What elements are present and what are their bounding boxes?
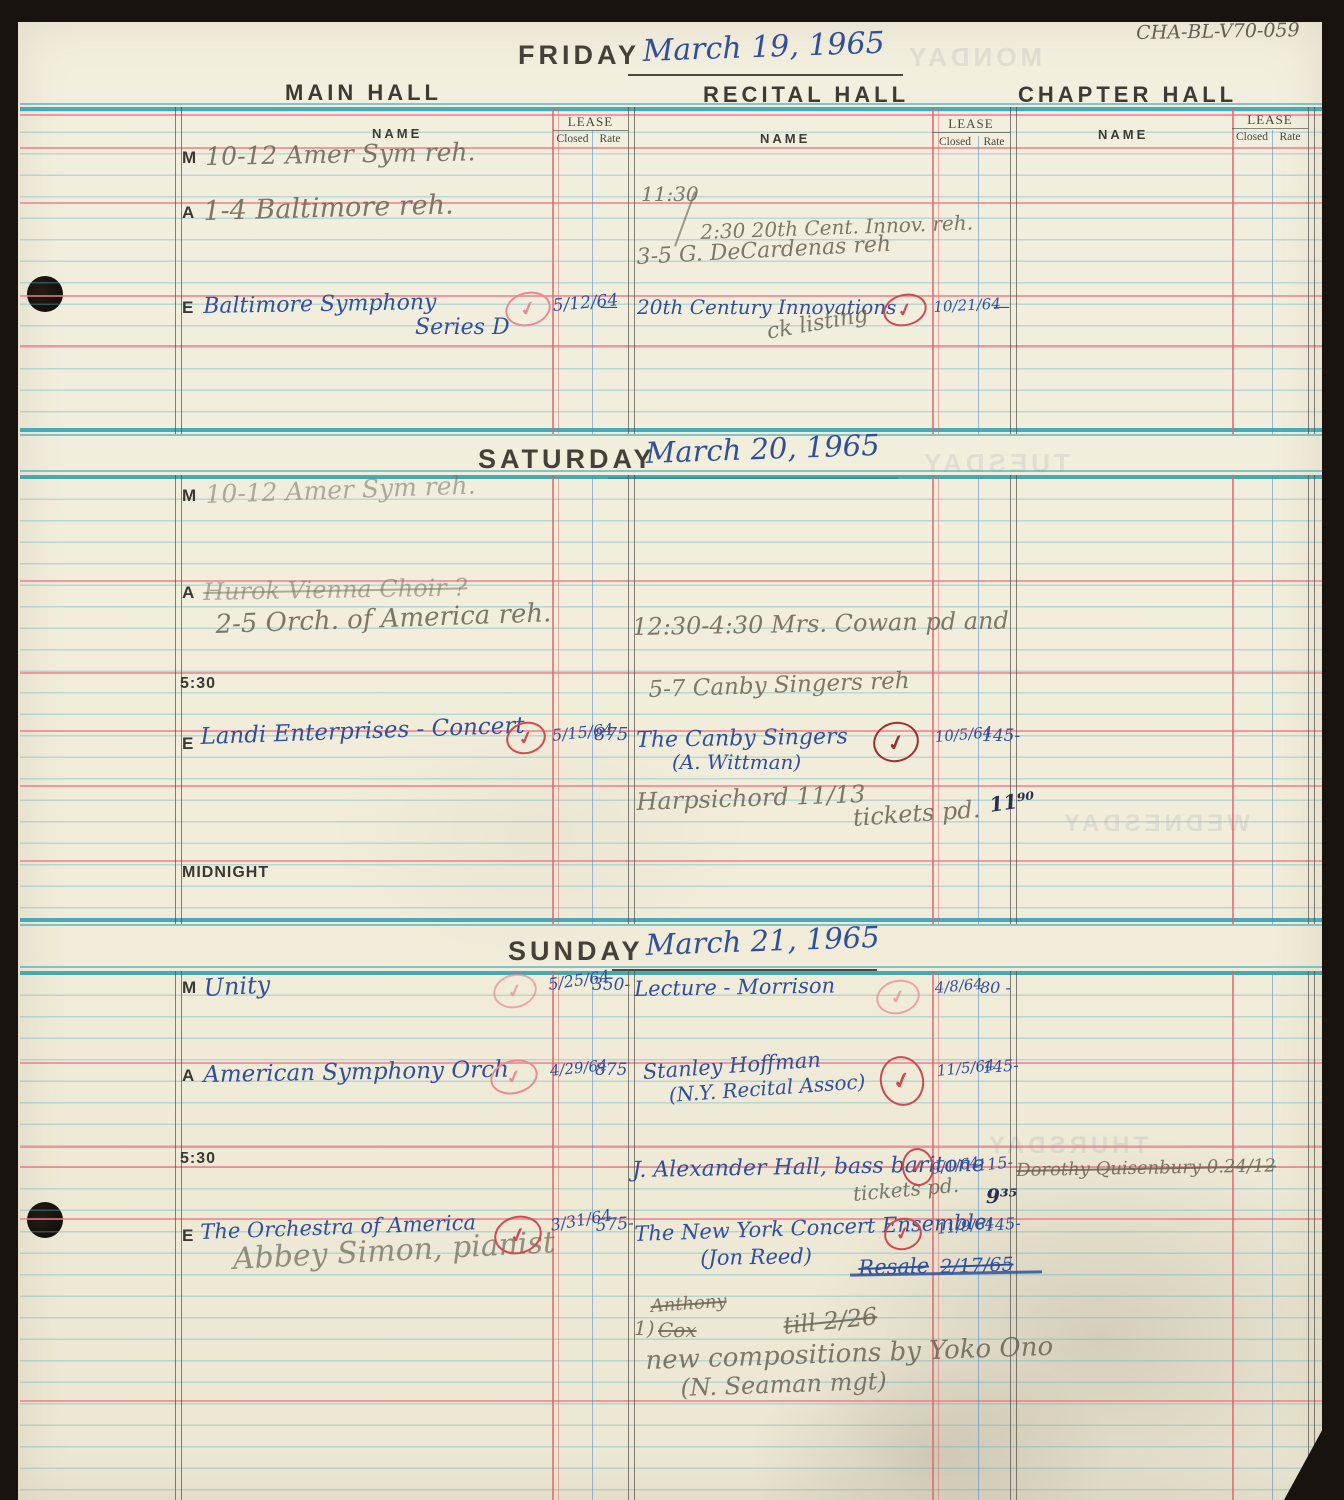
rule-line — [20, 107, 1322, 111]
rule-line — [20, 428, 1322, 432]
column-line — [978, 136, 979, 434]
saturday-row-530-label: 5:30 — [180, 675, 216, 693]
sunday-main-m-entry: Unity — [203, 971, 271, 1002]
sunday-recital-530-amount: 9³⁵ — [986, 1184, 1017, 1208]
column-line — [1010, 107, 1017, 434]
friday-main-e-rate: — — [600, 296, 618, 317]
column-line — [558, 971, 559, 1500]
sunday-row-m-label: M — [182, 978, 196, 998]
column-line — [552, 107, 554, 434]
recital-rate-header: Rate — [978, 136, 1010, 148]
rule-line — [20, 114, 1322, 116]
friday-main-e-name: Baltimore Symphony — [203, 290, 437, 319]
ledger-scan: { "catalog": "CHA-BL-V70-059", "icons": … — [0, 0, 1344, 1500]
column-line — [558, 475, 559, 924]
rule-line — [20, 966, 1322, 968]
sunday-main-a-rate: 875 — [595, 1060, 627, 1080]
column-line — [175, 971, 182, 1500]
rule-line — [20, 103, 1322, 105]
column-line — [932, 475, 934, 924]
friday-row-e-label: E — [182, 298, 193, 318]
sunday-main-m-rate: 350- — [592, 975, 630, 995]
column-line — [1232, 475, 1234, 924]
sunday-note-number: 1) — [634, 1316, 655, 1340]
friday-main-a-entry: 1-4 Baltimore reh. — [203, 189, 454, 227]
sunday-row-e-label: E — [182, 1226, 193, 1246]
sunday-recital-m-rate: 80 - — [980, 978, 1011, 997]
column-line — [1010, 971, 1017, 1500]
main-closed-header: Closed — [553, 133, 592, 145]
column-line — [978, 475, 979, 924]
chapter-name-header: NAME — [1098, 127, 1148, 142]
rule-line — [20, 1400, 1322, 1402]
column-line — [1232, 107, 1234, 434]
sunday-recital-a-rate: 145- — [982, 1055, 1019, 1076]
catalog-number: CHA-BL-V70-059 — [1136, 19, 1300, 44]
sunday-row-a-label: A — [182, 1066, 194, 1086]
column-line — [628, 107, 635, 434]
column-line — [552, 475, 554, 924]
column-line — [558, 107, 559, 434]
column-line — [592, 475, 593, 924]
rule-line — [20, 672, 1322, 674]
column-line — [1308, 475, 1315, 924]
rule-line — [20, 924, 1322, 926]
lease-underline — [553, 130, 628, 131]
rule-line — [20, 1146, 1322, 1148]
saturday-row-a-label: A — [182, 583, 194, 603]
lease-underline — [1232, 128, 1308, 129]
recital-lease-header: LEASE — [932, 116, 1010, 132]
column-line — [175, 107, 182, 434]
rule-line — [20, 345, 1322, 347]
saturday-main-a-struck-entry: Hurok Vienna Choir ? — [203, 573, 467, 606]
friday-recital-e-closed: 10/21/64 — [933, 294, 1001, 316]
friday-row-a-label: A — [182, 203, 194, 223]
column-line — [938, 107, 939, 434]
saturday-row-midnight-label: MIDNIGHT — [182, 864, 269, 882]
rule-line — [20, 860, 1322, 862]
saturday-recital-e-name: The Canby Singers — [636, 724, 848, 753]
saturday-recital-e-name2: (A. Wittman) — [672, 750, 801, 774]
friday-row-m-label: M — [182, 148, 196, 168]
saturday-row-e-label: E — [182, 734, 193, 754]
sunday-recital-530-rate: 115- — [976, 1152, 1014, 1175]
column-line — [592, 971, 593, 1500]
main-lease-header: LEASE — [553, 114, 628, 130]
sunday-note-cox: Cox — [658, 1318, 697, 1342]
sunday-main-a-entry: American Symphony Orch — [203, 1057, 509, 1088]
column-line — [938, 475, 939, 924]
column-line — [175, 475, 182, 924]
sunday-row-530-label: 5:30 — [180, 1150, 216, 1168]
column-line — [592, 130, 593, 434]
rule-line — [20, 918, 1322, 922]
chapter-lease-header: LEASE — [1232, 112, 1308, 128]
friday-main-e-series: Series D — [415, 315, 510, 340]
sunday-recital-e-rate: 145- — [984, 1213, 1021, 1234]
sunday-recital-e-resale: Resale — [858, 1254, 929, 1280]
column-line — [1308, 107, 1315, 434]
column-line — [1272, 130, 1273, 434]
recital-closed-header: Closed — [932, 136, 978, 148]
column-line — [628, 475, 635, 924]
sunday-recital-m-entry: Lecture - Morrison — [634, 973, 835, 1001]
ghost-monday: MONDAY — [905, 42, 1042, 73]
recital-name-header: NAME — [760, 131, 810, 146]
saturday-main-e-rate: 875 — [594, 724, 628, 745]
friday-main-m-entry: 10-12 Amer Sym reh. — [205, 137, 476, 171]
column-line — [1272, 971, 1273, 1500]
saturday-row-m-label: M — [182, 486, 196, 506]
column-line — [978, 971, 979, 1500]
lease-underline — [932, 132, 1010, 133]
rule-line — [20, 475, 1322, 479]
friday-day-title: FRIDAY — [518, 40, 640, 71]
column-line — [1010, 475, 1017, 924]
column-line — [1272, 475, 1273, 924]
friday-date-underline — [628, 74, 903, 76]
chapter-rate-header: Rate — [1272, 131, 1308, 143]
rule-line — [20, 470, 1322, 472]
saturday-recital-e-rate: 145- — [982, 726, 1020, 746]
sunday-main-e-rate: 575- — [595, 1213, 635, 1236]
column-line — [1232, 971, 1234, 1500]
sunday-recital-e-name2: (Jon Reed) — [700, 1244, 812, 1270]
page-corner-curl — [1284, 1390, 1344, 1500]
main-rate-header: Rate — [592, 133, 628, 145]
friday-recital-e-rate: — — [993, 297, 1010, 317]
sunday-day-title: SUNDAY — [508, 936, 644, 967]
chapter-closed-header: Closed — [1232, 131, 1272, 143]
column-line — [932, 107, 934, 434]
